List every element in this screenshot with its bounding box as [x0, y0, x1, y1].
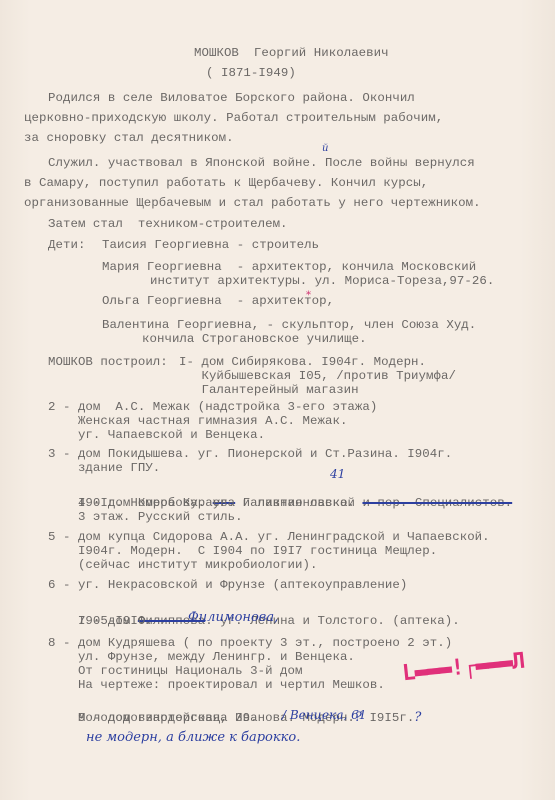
building-1-line-1: I- дом Сибирякова. I904г. Модерн. — [179, 355, 426, 369]
children-label: Дети: — [48, 238, 85, 252]
child-1: Таисия Георгиевна - строитель — [102, 238, 319, 252]
bio-line-4: Служил. участвовал в Японской войне. Пос… — [48, 156, 475, 170]
built-label: МОШКОВ построил: — [48, 355, 168, 369]
child-2: Мария Георгиевна - архитектор, кончила М… — [102, 260, 476, 274]
header-name: МОШКОВ Георгий Николаевич — [194, 46, 389, 60]
child-4-detail: кончила Строгановское училище. — [142, 332, 367, 346]
header-years: ( I871-I949) — [206, 66, 296, 80]
building-7-line-2: I905-I9I0. — [48, 614, 153, 628]
handwritten-number: 41 — [330, 467, 345, 481]
bio-line-1: Родился в селе Виловатое Борского района… — [48, 91, 415, 105]
child-2-detail: институт архитектуры. ул. Мориса-Тореза,… — [150, 274, 494, 288]
building-2-line-1: 2 - дом А.С. Межак (надстройка 3-его эта… — [48, 400, 377, 414]
bio-line-6: организованные Щербачевым и стал работат… — [24, 196, 481, 210]
bio-line-7: Затем стал техником-строителем. — [48, 217, 288, 231]
building-2-line-3: уг. Чапаевской и Венцека. — [48, 428, 265, 442]
building-4-line-3: 3 этаж. Русский стиль. — [48, 510, 243, 524]
building-4-line-2: I90Iг. Номера Кураева и пивная лавка. — [48, 496, 355, 510]
handwritten-style-note: не модерн, а ближе к барокко. — [86, 730, 300, 745]
building-9-year: I9I5г. — [362, 711, 414, 725]
child-4: Валентина Георгиевна, - скульптор, член … — [102, 318, 476, 332]
scanned-page: МОШКОВ Георгий Николаевич ( I871-I949) Р… — [0, 0, 555, 800]
building-3-line-1: 3 - дом Покидышева. уг. Пионерской и Ст.… — [48, 447, 452, 461]
building-5-line-3: (сейчас институт микробиологии). — [48, 558, 317, 572]
building-8-line-1: 8 - дом Кудряшева ( по проекту 3 эт., по… — [48, 636, 452, 650]
building-3-line-2: здание ГПУ. — [48, 461, 160, 475]
building-6-line-1: 6 - уг. Некрасовской и Фрунзе (аптекоупр… — [48, 578, 407, 592]
building-5-line-1: 5 - дом купца Сидорова А.А. уг. Ленингра… — [48, 530, 490, 544]
bio-line-3: за сноровку стал десятником. — [24, 131, 234, 145]
building-8-line-4: На чертеже: проектировал и чертил Мешков… — [48, 678, 385, 692]
building-5-line-2: I904г. Модерн. С I904 по I9I7 гостиница … — [48, 544, 437, 558]
child-3: Ольга Георгиевна - архитектор, — [102, 294, 334, 308]
building-2-line-2: Женская частная гимназия А.С. Межак. — [48, 414, 347, 428]
red-stamp-mark: L▬▬▬!┌▬▬▬Л — [401, 649, 525, 687]
building-8-line-2: ул. Фрунзе, между Ленингр. и Венцека. — [48, 650, 355, 664]
bio-line-5: в Самару, поступил работать к Щербачеву.… — [24, 176, 428, 190]
handwritten-address: / Венцека, 61 — [282, 708, 366, 722]
building-9-line-2: Мололодогвардейская, 39. — [48, 711, 258, 725]
building-1-line-3: Галантерейный магазин — [179, 383, 359, 397]
handwritten-correction: й — [322, 143, 328, 154]
building-8-line-3: От гостиницы Националь 3-й дом — [48, 664, 303, 678]
struck-text: и пер. Специалистов. — [362, 496, 512, 510]
red-asterisk: * — [306, 290, 311, 301]
handwritten-name-correction: Филимонова, — [188, 610, 278, 625]
bio-line-2: церковно-приходскую школу. Работал строи… — [24, 111, 443, 125]
handwritten-question: ? — [414, 710, 421, 725]
building-1-line-2: Куйбышевская I05, /против Триумфа/ — [179, 369, 456, 383]
